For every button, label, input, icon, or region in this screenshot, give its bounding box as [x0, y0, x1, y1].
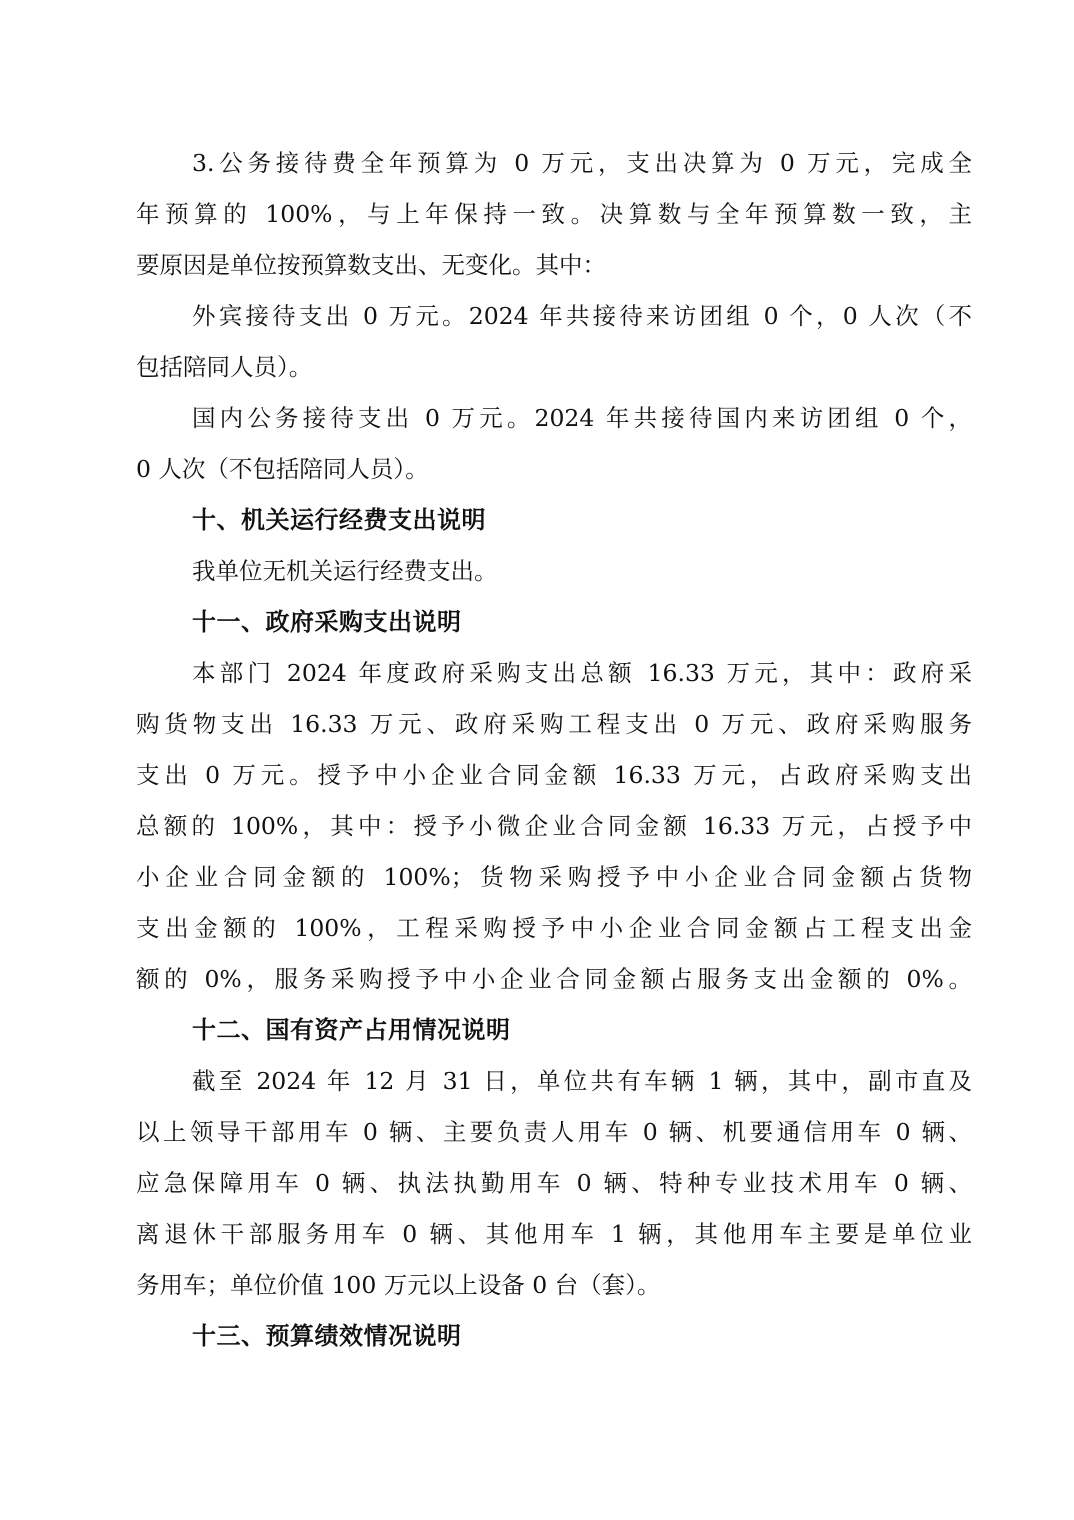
text-line: 支出 0 万元。授予中小企业合同金额 16.33 万元，占政府采购支出	[136, 750, 972, 801]
text-line: 购货物支出 16.33 万元、政府采购工程支出 0 万元、政府采购服务	[136, 699, 972, 750]
paragraph-operating-expenses: 我单位无机关运行经费支出。	[136, 546, 972, 597]
text-line: 务用车；单位价值 100 万元以上设备 0 台（套）。	[136, 1260, 972, 1311]
paragraph-state-assets: 截至 2024 年 12 月 31 日，单位共有车辆 1 辆，其中，副市直及 以…	[136, 1056, 972, 1311]
text-line: 外宾接待支出 0 万元。2024 年共接待来访团组 0 个，0 人次（不	[136, 291, 972, 342]
text-line: 3.公务接待费全年预算为 0 万元，支出决算为 0 万元，完成全	[136, 138, 972, 189]
paragraph-reception-fee: 3.公务接待费全年预算为 0 万元，支出决算为 0 万元，完成全 年预算的 10…	[136, 138, 972, 291]
text-line: 小企业合同金额的 100%；货物采购授予中小企业合同金额占货物	[136, 852, 972, 903]
text-line: 以上领导干部用车 0 辆、主要负责人用车 0 辆、机要通信用车 0 辆、	[136, 1107, 972, 1158]
text-line: 包括陪同人员）。	[136, 342, 972, 393]
text-line: 支出金额的 100%，工程采购授予中小企业合同金额占工程支出金	[136, 903, 972, 954]
text-line: 离退休干部服务用车 0 辆、其他用车 1 辆，其他用车主要是单位业	[136, 1209, 972, 1260]
document-body: 3.公务接待费全年预算为 0 万元，支出决算为 0 万元，完成全 年预算的 10…	[136, 138, 972, 1362]
text-line: 额的 0%，服务采购授予中小企业合同金额占服务支出金额的 0%。	[136, 954, 972, 1005]
text-line: 年预算的 100%，与上年保持一致。决算数与全年预算数一致，主	[136, 189, 972, 240]
section-heading-13: 十三、预算绩效情况说明	[136, 1311, 972, 1362]
text-line: 我单位无机关运行经费支出。	[136, 546, 972, 597]
paragraph-domestic-reception: 国内公务接待支出 0 万元。2024 年共接待国内来访团组 0 个， 0 人次（…	[136, 393, 972, 495]
text-line: 本部门 2024 年度政府采购支出总额 16.33 万元，其中：政府采	[136, 648, 972, 699]
text-line: 截至 2024 年 12 月 31 日，单位共有车辆 1 辆，其中，副市直及	[136, 1056, 972, 1107]
paragraph-procurement: 本部门 2024 年度政府采购支出总额 16.33 万元，其中：政府采 购货物支…	[136, 648, 972, 1005]
text-line: 0 人次（不包括陪同人员）。	[136, 444, 972, 495]
section-heading-12: 十二、国有资产占用情况说明	[136, 1005, 972, 1056]
text-line: 国内公务接待支出 0 万元。2024 年共接待国内来访团组 0 个，	[136, 393, 972, 444]
text-line: 总额的 100%，其中：授予小微企业合同金额 16.33 万元，占授予中	[136, 801, 972, 852]
paragraph-foreign-reception: 外宾接待支出 0 万元。2024 年共接待来访团组 0 个，0 人次（不 包括陪…	[136, 291, 972, 393]
document-page: 3.公务接待费全年预算为 0 万元，支出决算为 0 万元，完成全 年预算的 10…	[0, 0, 1074, 1520]
text-line: 要原因是单位按预算数支出、无变化。其中：	[136, 240, 972, 291]
section-heading-11: 十一、政府采购支出说明	[136, 597, 972, 648]
text-line: 应急保障用车 0 辆、执法执勤用车 0 辆、特种专业技术用车 0 辆、	[136, 1158, 972, 1209]
section-heading-10: 十、机关运行经费支出说明	[136, 495, 972, 546]
